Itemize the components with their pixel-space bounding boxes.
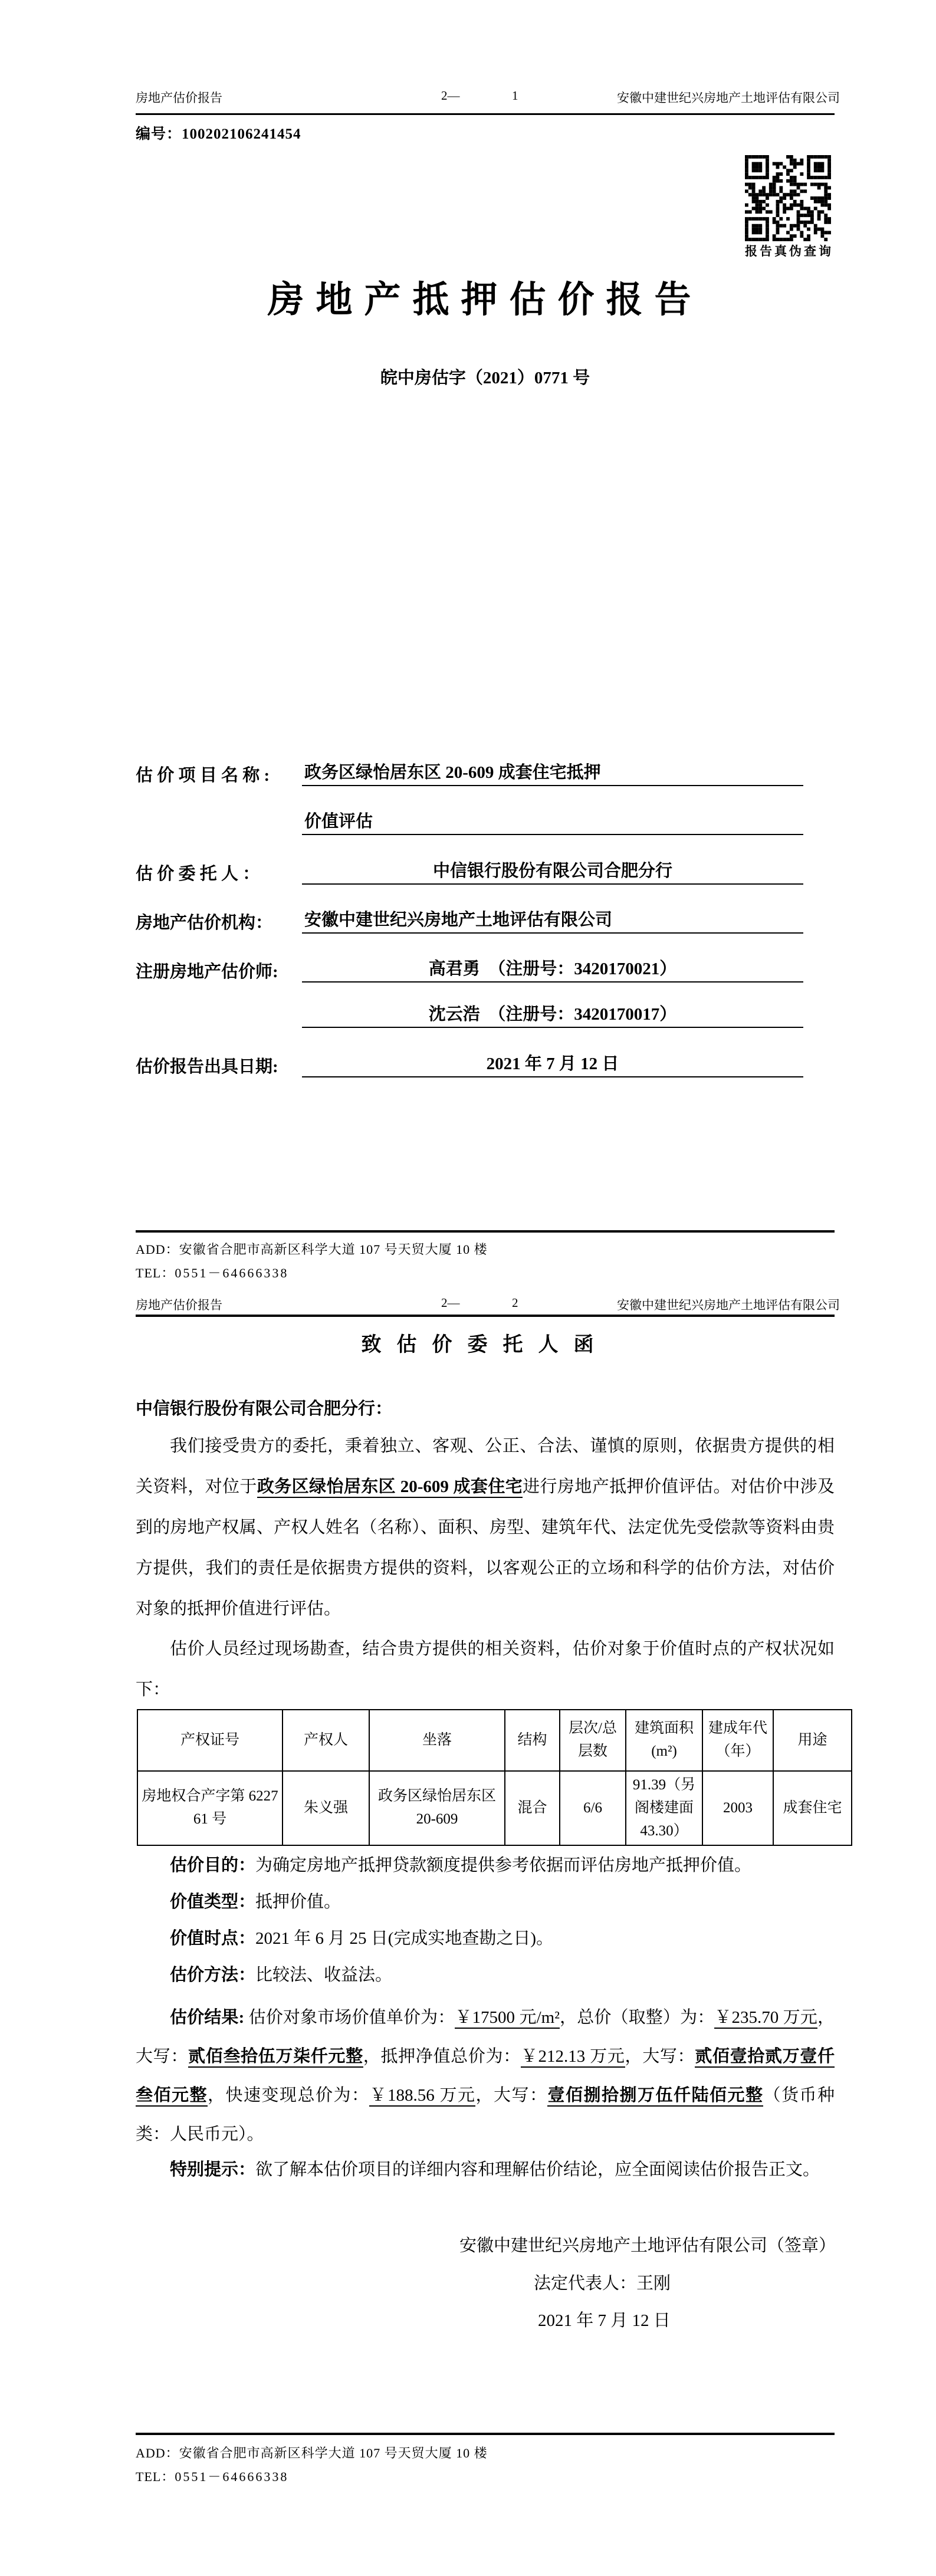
qr-code	[745, 155, 831, 241]
text-run: ￥212.13 万元	[521, 2047, 625, 2068]
letter-paragraph-1: 我们接受贵方的委托，秉着独立、客观、公正、合法、谨慎的原则，依据贵方提供的相关资…	[136, 1426, 835, 1629]
bullet-method-label: 估价方法：	[170, 1966, 255, 1984]
page1-footer-address: ADD：安徽省合肥市高新区科学大道 107 号天贸大厦 10 楼	[136, 1240, 488, 1258]
qr-caption: 报告真伪查询	[739, 242, 839, 259]
page2-header-company: 安徽中建世纪兴房地产土地评估有限公司	[617, 1296, 840, 1313]
field-appraiser-2-value: 沈云浩 （注册号：3420170017）	[302, 1001, 803, 1028]
property-table-body: 房地权合产字第 622761 号朱义强政务区绿怡居东区 20-609混合6/69…	[137, 1771, 852, 1845]
page2-header-rule	[136, 1315, 835, 1317]
page2-footer-tel: TEL：0551－64666338	[136, 2467, 288, 2485]
page1-footer-tel: TEL：0551－64666338	[136, 1263, 288, 1282]
table-header-cell: 产权人	[283, 1710, 369, 1771]
field-issue-date: 估价报告出具日期: 2021 年 7 月 12 日	[136, 1047, 803, 1077]
appraisal-result-paragraph: 估价结果: 估价对象市场价值单价为：￥17500 元/m²，总价（取整）为：￥2…	[136, 1998, 835, 2154]
field-project-name: 估 价 项 目 名 称 : 政务区绿怡居东区 20-609 成套住宅抵押	[136, 755, 803, 786]
text-run: 壹佰捌拾捌万伍仟陆佰元整	[547, 2086, 763, 2107]
page1-header-page-prefix: 2—	[441, 88, 460, 103]
page2-footer-rule	[136, 2433, 835, 2435]
letter-paragraph-2: 估价人员经过现场勘查，结合贵方提供的相关资料，估价对象于价值时点的产权状况如下：	[136, 1629, 835, 1710]
signature-legal-rep: 法定代表人：王刚	[534, 2270, 671, 2294]
page1-header-page-number: 1	[512, 88, 518, 103]
table-cell: 政务区绿怡居东区 20-609	[369, 1771, 505, 1845]
tel-value-2: 0551－64666338	[175, 2469, 288, 2484]
page2-footer-address: ADD：安徽省合肥市高新区科学大道 107 号天贸大厦 10 楼	[136, 2443, 488, 2462]
tel-label: TEL：	[136, 1266, 175, 1280]
text-run: 贰佰叁拾伍万柒仟元整	[188, 2047, 363, 2068]
page1-header-rule	[136, 113, 835, 115]
bullet-value-type: 价值类型：抵押价值。	[136, 1890, 835, 1914]
bullet-value-type-label: 价值类型：	[170, 1892, 255, 1911]
field-project-name-label: 估 价 项 目 名 称 :	[136, 762, 302, 786]
bullet-purpose: 估价目的：为确定房地产抵押贷款额度提供参考依据而评估房地产抵押价值。	[136, 1854, 835, 1877]
text-run: 估价对象市场价值单价为：	[244, 2008, 455, 2027]
bullet-method: 估价方法：比较法、收益法。	[136, 1963, 835, 1987]
field-client-value: 中信银行股份有限公司合肥分行	[302, 857, 803, 885]
table-header-cell: 建筑面积(m²)	[626, 1710, 702, 1771]
text-run: ，大写：	[625, 2047, 695, 2066]
field-appraiser-1: 注册房地产估价师: 高君勇 （注册号：3420170021）	[136, 952, 803, 983]
field-project-name-value2: 价值评估	[302, 808, 803, 835]
field-issue-date-label: 估价报告出具日期:	[136, 1053, 302, 1077]
field-agency: 房地产估价机构： 安徽中建世纪兴房地产土地评估有限公司	[136, 903, 803, 934]
table-cell: 2003	[702, 1771, 773, 1845]
bullet-value-date-text: 2021 年 6 月 25 日(完成实地查勘之日)。	[255, 1929, 553, 1948]
field-agency-label: 房地产估价机构：	[136, 909, 302, 934]
table-cell: 朱义强	[283, 1771, 369, 1845]
signature-date: 2021 年 7 月 12 日	[538, 2307, 671, 2331]
report-number-line: 编号：100202106241454	[136, 122, 301, 143]
report-number-value: 100202106241454	[182, 126, 301, 142]
page1-header-left: 房地产估价报告	[136, 88, 222, 106]
field-appraiser-label: 注册房地产估价师:	[136, 958, 302, 983]
table-cell: 6/6	[560, 1771, 626, 1845]
bullet-value-type-text: 抵押价值。	[255, 1892, 341, 1911]
text-run: ￥188.56 万元	[369, 2086, 475, 2107]
property-table: 产权证号产权人坐落结构层次/总层数建筑面积(m²)建成年代（年）用途 房地权合产…	[137, 1709, 852, 1846]
text-run: 进行房地产抵押价值评估。对估价中涉及到的房地产权属、产权人姓名（名称）、面积、房…	[136, 1477, 835, 1618]
field-client-label: 估 价 委 托 人 ：	[136, 860, 302, 885]
table-header-cell: 层次/总层数	[560, 1710, 626, 1771]
address-value: 安徽省合肥市高新区科学大道 107 号天贸大厦 10 楼	[179, 1242, 488, 1257]
text-run: ，大写：	[475, 2086, 547, 2105]
tel-label-2: TEL：	[136, 2469, 175, 2484]
table-header-cell: 产权证号	[137, 1710, 283, 1771]
text-run: 估价结果:	[170, 2008, 244, 2027]
page1-header-company: 安徽中建世纪兴房地产土地评估有限公司	[617, 88, 840, 106]
bullet-value-date: 价值时点：2021 年 6 月 25 日(完成实地查勘之日)。	[136, 1927, 835, 1950]
bullet-value-date-label: 价值时点：	[170, 1929, 255, 1948]
table-cell: 成套住宅	[773, 1771, 852, 1845]
field-issue-date-value: 2021 年 7 月 12 日	[302, 1050, 803, 1077]
text-run: ，快速变现总价为：	[208, 2086, 369, 2105]
text-run: ，抵押净值总价为：	[363, 2047, 521, 2066]
report-document: 房地产估价报告 2— 1 安徽中建世纪兴房地产土地评估有限公司 编号：10020…	[0, 0, 936, 2576]
property-table-head: 产权证号产权人坐落结构层次/总层数建筑面积(m²)建成年代（年）用途	[137, 1710, 852, 1771]
table-header-cell: 结构	[505, 1710, 560, 1771]
bullet-purpose-text: 为确定房地产抵押贷款额度提供参考依据而评估房地产抵押价值。	[255, 1856, 751, 1875]
table-header-cell: 用途	[773, 1710, 852, 1771]
address-value-2: 安徽省合肥市高新区科学大道 107 号天贸大厦 10 楼	[179, 2446, 488, 2460]
field-project-name-value: 政务区绿怡居东区 20-609 成套住宅抵押	[302, 759, 803, 786]
field-appraiser-1-value: 高君勇 （注册号：3420170021）	[302, 955, 803, 983]
letter-salutation: 中信银行股份有限公司合肥分行：	[136, 1395, 392, 1420]
report-number-label: 编号：	[136, 126, 182, 142]
table-header-cell: 建成年代（年）	[702, 1710, 773, 1771]
bullet-purpose-label: 估价目的：	[170, 1856, 255, 1875]
tel-value: 0551－64666338	[175, 1266, 288, 1280]
field-appraiser-2: 沈云浩 （注册号：3420170017）	[136, 997, 803, 1028]
field-project-name-line2: 价值评估	[136, 804, 803, 835]
page2-header-left: 房地产估价报告	[136, 1296, 222, 1313]
qr-code-image	[745, 155, 831, 241]
field-agency-value: 安徽中建世纪兴房地产土地评估有限公司	[302, 906, 803, 934]
page2-header-page-number: 2	[512, 1296, 518, 1310]
letter-title: 致估价委托人函	[136, 1328, 835, 1357]
table-cell: 91.39（另阁楼建面 43.30）	[626, 1771, 702, 1845]
table-cell: 房地权合产字第 622761 号	[137, 1771, 283, 1845]
special-notice-paragraph: 特别提示：欲了解本估价项目的详细内容和理解估价结论，应全面阅读估价报告正文。	[136, 2150, 835, 2190]
report-subtitle: 皖中房估字（2021）0771 号	[136, 364, 835, 389]
table-row: 房地权合产字第 622761 号朱义强政务区绿怡居东区 20-609混合6/69…	[137, 1771, 852, 1845]
property-table-header-row: 产权证号产权人坐落结构层次/总层数建筑面积(m²)建成年代（年）用途	[137, 1710, 852, 1771]
report-title: 房地产抵押估价报告	[136, 270, 835, 323]
page1-footer-rule	[136, 1230, 835, 1233]
address-label-2: ADD：	[136, 2446, 179, 2460]
text-run: ￥17500 元/m²	[455, 2008, 560, 2029]
text-run: 政务区绿怡居东区 20-609 成套住宅	[257, 1477, 523, 1498]
table-header-cell: 坐落	[369, 1710, 505, 1771]
address-label: ADD：	[136, 1242, 179, 1257]
text-run: 欲了解本估价项目的详细内容和理解估价结论，应全面阅读估价报告正文。	[255, 2160, 820, 2179]
text-run: 特别提示：	[170, 2160, 255, 2179]
field-client: 估 价 委 托 人 ： 中信银行股份有限公司合肥分行	[136, 854, 803, 885]
page2-header-page-prefix: 2—	[441, 1296, 460, 1310]
text-run: ，总价（取整）为：	[560, 2008, 714, 2027]
signature-company: 安徽中建世纪兴房地产土地评估有限公司（签章）	[459, 2232, 836, 2256]
bullet-method-text: 比较法、收益法。	[255, 1966, 392, 1984]
text-run: ￥235.70 万元	[714, 2008, 817, 2029]
table-cell: 混合	[505, 1771, 560, 1845]
